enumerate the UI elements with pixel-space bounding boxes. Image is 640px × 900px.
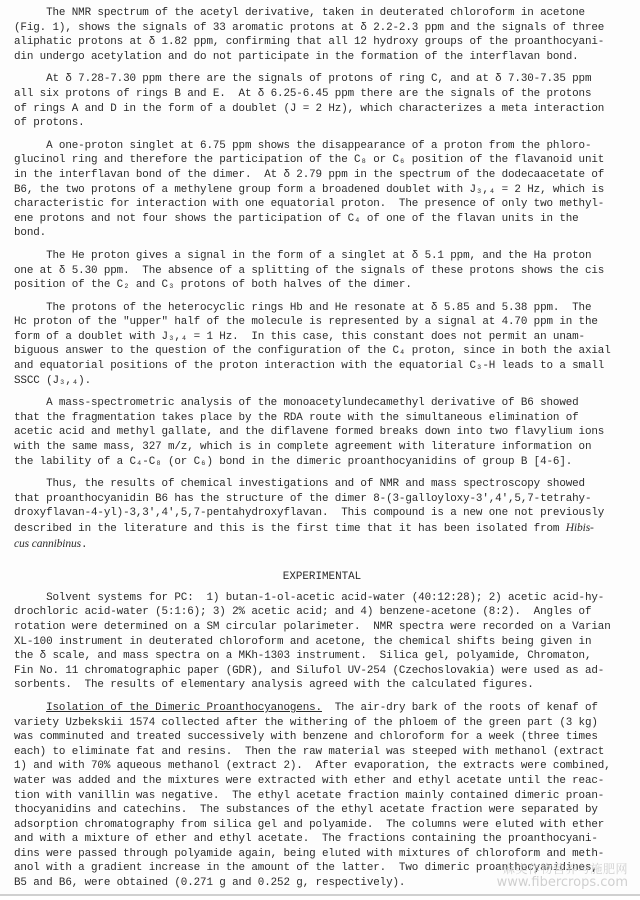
text-line: din undergo acetylation and do not parti… xyxy=(14,50,630,65)
watermark-chinese: 麻类作物营养与施肥网 xyxy=(497,862,628,876)
text-line: biguous answer to the question of the co… xyxy=(14,344,630,359)
text-line: glucinol ring and therefore the particip… xyxy=(14,153,630,168)
species-name: cus cannibinus xyxy=(14,538,81,550)
text-line: thocyanidins and catechins. The substanc… xyxy=(14,803,630,818)
text-line: the lability of a C₄-C₈ (or C₆) bond in … xyxy=(14,455,630,470)
text-line: Thus, the results of chemical investigat… xyxy=(14,477,630,492)
text-line: The protons of the heterocyclic rings Hb… xyxy=(14,301,630,316)
text-line: acetic acid and methyl gallate, and the … xyxy=(14,425,630,440)
paragraph-p6: A mass-spectrometric analysis of the mon… xyxy=(14,396,630,469)
text-line: dins were passed through polyamide again… xyxy=(14,847,630,862)
paragraph-p3: A one-proton singlet at 6.75 ppm shows t… xyxy=(14,139,630,241)
subsection-title: Isolation of the Dimeric Proanthocyanoge… xyxy=(46,702,322,714)
document-page: The NMR spectrum of the acetyl derivativ… xyxy=(0,0,640,896)
text-line: The He proton gives a signal in the form… xyxy=(14,249,630,264)
text-line: 1) and with 70% aqueous methanol (extrac… xyxy=(14,759,630,774)
text-line: all six protons of rings B and E. At δ 6… xyxy=(14,87,630,102)
text-line: adsorption chromatography from silica ge… xyxy=(14,818,630,833)
watermark: 麻类作物营养与施肥网 www.fibercrops.com xyxy=(497,862,628,890)
text-line: A mass-spectrometric analysis of the mon… xyxy=(14,396,630,411)
text-line: A one-proton singlet at 6.75 ppm shows t… xyxy=(14,139,630,154)
text-line: described in the literature and this is … xyxy=(14,521,630,537)
text-line: and with a mixture of ether and ethyl ac… xyxy=(14,832,630,847)
section-heading: EXPERIMENTAL xyxy=(14,570,630,585)
watermark-url: www.fibercrops.com xyxy=(497,876,628,890)
text-line: Isolation of the Dimeric Proanthocyanoge… xyxy=(14,701,630,716)
text-line: each) to eliminate fat and resins. Then … xyxy=(14,745,630,760)
paragraph-p4: The He proton gives a signal in the form… xyxy=(14,249,630,293)
text-line: droxyflavan-4-yl)-3,3',4',5,7-pentahydro… xyxy=(14,506,630,521)
text-line: and equatorial positions of the proton i… xyxy=(14,359,630,374)
text-line: was comminuted and treated successively … xyxy=(14,730,630,745)
text-line: Fin No. 11 chromatographic paper (GDR), … xyxy=(14,664,630,679)
text-line: cus cannibinus. xyxy=(14,537,630,553)
text-line: aliphatic protons at δ 1.82 ppm, confirm… xyxy=(14,35,630,50)
paragraph-p5: The protons of the heterocyclic rings Hb… xyxy=(14,301,630,389)
text-line: of protons. xyxy=(14,116,630,131)
paragraph-p1: The NMR spectrum of the acetyl derivativ… xyxy=(14,6,630,64)
document-body: The NMR spectrum of the acetyl derivativ… xyxy=(14,6,630,899)
text-line: bond. xyxy=(14,226,630,241)
text-line: one at δ 5.30 ppm. The absence of a spli… xyxy=(14,264,630,279)
text-line: variety Uzbekskii 1574 collected after t… xyxy=(14,716,630,731)
text-line: in the interflavan bond of the dimer. At… xyxy=(14,168,630,183)
text-line: XL-100 instrument in deuterated chlorofo… xyxy=(14,635,630,650)
text-line: (Fig. 1), shows the signals of 33 aromat… xyxy=(14,21,630,36)
text-line: that proanthocyanidin B6 has the structu… xyxy=(14,492,630,507)
paragraph-p2: At δ 7.28-7.30 ppm there are the signals… xyxy=(14,72,630,130)
paragraph-e1: Solvent systems for PC: 1) butan-1-ol-ac… xyxy=(14,591,630,693)
text-line: with the same mass, 327 m/z, which is in… xyxy=(14,440,630,455)
text-line: characteristic for interaction with one … xyxy=(14,197,630,212)
text-line: rotation were determined on a SM circula… xyxy=(14,620,630,635)
text-line: position of the C₂ and C₃ protons of bot… xyxy=(14,278,630,293)
text-line: the δ scale, and mass spectra on a MKh-1… xyxy=(14,649,630,664)
text-line: form of a doublet with J₃,₄ = 1 Hz. In t… xyxy=(14,330,630,345)
text-line: drochloric acid-water (5:1:6); 3) 2% ace… xyxy=(14,605,630,620)
paragraph-p7: Thus, the results of chemical investigat… xyxy=(14,477,630,552)
species-name: Hibis- xyxy=(566,522,594,534)
text-line: SSCC (J₃,₄). xyxy=(14,374,630,389)
text-line: that the fragmentation takes place by th… xyxy=(14,411,630,426)
text-line: B6, the two protons of a methylene group… xyxy=(14,183,630,198)
text-line: Solvent systems for PC: 1) butan-1-ol-ac… xyxy=(14,591,630,606)
text-line: sorbents. The results of elementary anal… xyxy=(14,678,630,693)
text-line: of rings A and D in the form of a double… xyxy=(14,102,630,117)
text-line: ene protons and not four shows the parti… xyxy=(14,212,630,227)
text-line: The NMR spectrum of the acetyl derivativ… xyxy=(14,6,630,21)
text-line: At δ 7.28-7.30 ppm there are the signals… xyxy=(14,72,630,87)
text-line: Hc proton of the "upper" half of the mol… xyxy=(14,315,630,330)
text-line: water was added and the mixtures were ex… xyxy=(14,774,630,789)
text-line: tion with vanillin was negative. The eth… xyxy=(14,789,630,804)
